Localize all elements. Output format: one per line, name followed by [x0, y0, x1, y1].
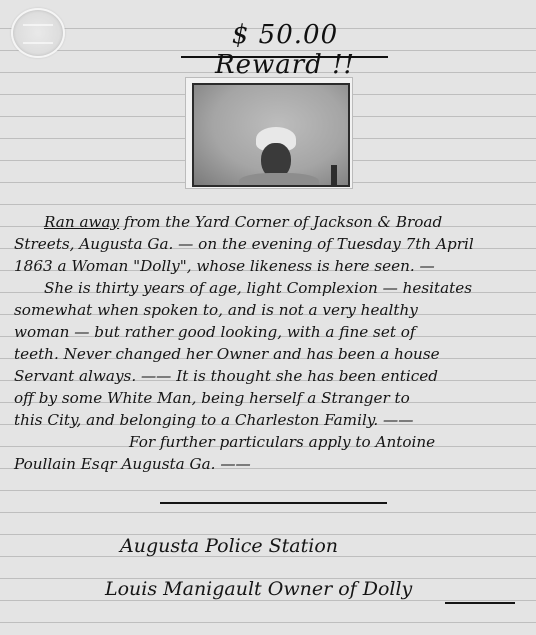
separator-rule	[160, 502, 387, 504]
reward-notice-page: $ 50.00 Reward !! Ran away from the Yard…	[0, 0, 536, 635]
body-line: this City, and belonging to a Charleston…	[14, 409, 524, 431]
body-line: somewhat when spoken to, and is not a ve…	[14, 299, 524, 321]
signature-subject: Dolly	[363, 578, 413, 600]
body-line: She is thirty years of age, light Comple…	[14, 277, 524, 299]
body-line: Poullain Esqr Augusta Ga. ——	[14, 453, 524, 475]
title-underline	[181, 56, 388, 58]
photo-frame	[185, 77, 353, 189]
body-line: Servant always. —— It is thought she has…	[14, 365, 524, 387]
embossed-seal-icon	[11, 8, 65, 58]
signature-underline	[445, 602, 515, 604]
police-station-label: Augusta Police Station	[120, 535, 420, 557]
notice-body: Ran away from the Yard Corner of Jackson…	[14, 211, 524, 475]
owner-signature: Louis Manigault Owner of Dolly	[105, 578, 525, 600]
body-line: off by some White Man, being herself a S…	[14, 387, 524, 409]
body-line: Streets, Augusta Ga. — on the evening of…	[14, 233, 524, 255]
underlined-phrase: Ran away	[44, 213, 119, 231]
body-line: 1863 a Woman "Dolly", whose likeness is …	[14, 255, 524, 277]
body-line: Ran away from the Yard Corner of Jackson…	[14, 211, 524, 233]
signature-name: Louis Manigault	[105, 578, 262, 600]
line-text: from the Yard Corner of Jackson & Broad	[119, 213, 442, 231]
notice-title: $ 50.00 Reward !!	[175, 20, 395, 80]
seal-emblem	[23, 24, 53, 44]
signature-role: Owner of	[268, 578, 357, 600]
body-line: woman — but rather good looking, with a …	[14, 321, 524, 343]
body-line: For further particulars apply to Antoine	[14, 431, 524, 453]
chair-post-shape	[331, 165, 337, 187]
body-line: teeth. Never changed her Owner and has b…	[14, 343, 524, 365]
shoulders-shape	[239, 173, 319, 187]
portrait-photo	[192, 83, 350, 187]
